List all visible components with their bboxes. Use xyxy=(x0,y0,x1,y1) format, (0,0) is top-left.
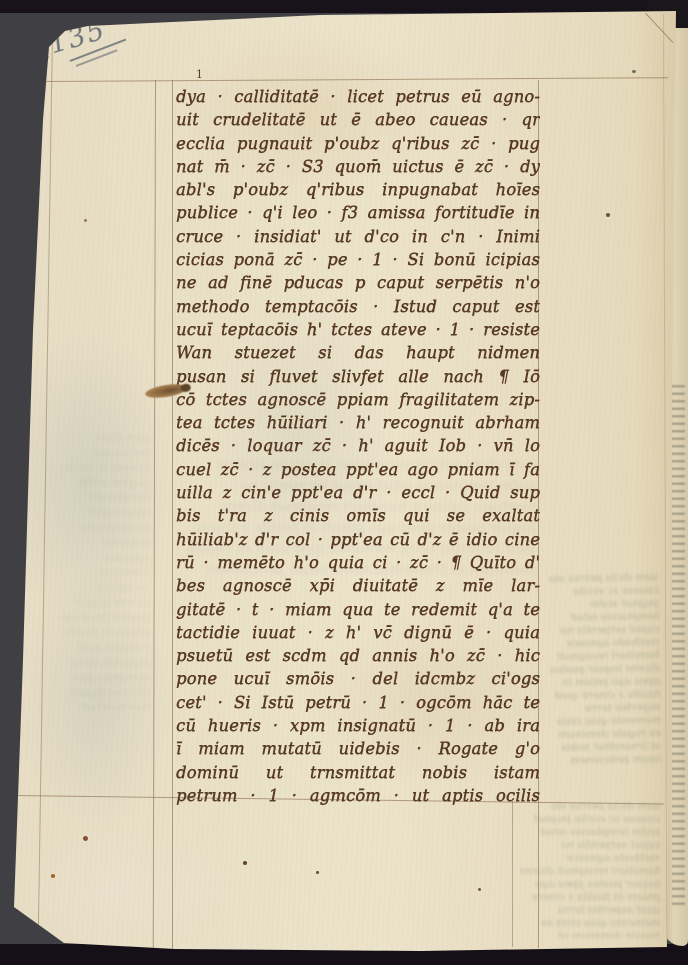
corner-crease xyxy=(645,13,673,43)
manuscript-line: cet' · Si Istū petrū · 1 · ogcōm hāc te xyxy=(176,691,540,714)
manuscript-line: pone ucuī smōis · del idcmbz ci'ogs xyxy=(176,667,540,690)
ruling-line-text-left-inner xyxy=(172,80,173,950)
manuscript-line: gitatē · t · miam qua te redemit q'a te xyxy=(176,598,540,621)
manuscript-line: abl's p'oubz q'ribus inpugnabat hoīes xyxy=(176,178,540,201)
manuscript-line: uilla z cin'e ppt'ea d'r · eccl · Quid s… xyxy=(176,481,540,504)
manuscript-line: cū hueris · xpm insignatū · 1 · ab ira xyxy=(176,714,540,737)
parchment-speck xyxy=(51,874,55,878)
parchment-speck xyxy=(83,836,88,841)
manuscript-line: bes agnoscē xp̄i diuitatē z mīe lar- xyxy=(176,574,540,597)
manuscript-line: ī miam mutatū uidebis · Rogate g'o xyxy=(176,737,540,760)
manuscript-line: cruce · insidiat' ut d'co in c'n · Inimi xyxy=(176,225,540,248)
manuscript-page: ∠ 135 1 uam dicta petrus oia caueas zc e… xyxy=(0,0,688,965)
showthrough-text-lower-margin: uam dicta petrus oia caueas zc ecclia pu… xyxy=(518,800,660,938)
parchment-speck xyxy=(632,70,636,73)
manuscript-line: Wan stuezet si das haupt nidmen xyxy=(176,341,540,364)
showthrough-text-left-margin: uam dicta petrus oia caueas zc ecclia pu… xyxy=(58,430,150,710)
quire-signature-mark: 1 xyxy=(196,68,203,81)
manuscript-line: dya · calliditatē · licet petrus eū agno… xyxy=(176,85,540,108)
ruling-line-text-left-outer xyxy=(153,80,156,950)
parchment-speck xyxy=(606,213,610,217)
manuscript-line: psuetū est scdm qd annis h'o zc̄ · hic xyxy=(176,644,540,667)
manuscript-line: nat m̄ · zc̄ · S3 quom̄ uictus ē zc̄ · d… xyxy=(176,155,540,178)
ruling-line-text-right-inner xyxy=(512,801,513,947)
parchment-speck xyxy=(84,219,87,222)
manuscript-line: ucuī teptacōis h' tctes ateve · 1 · resi… xyxy=(176,318,540,341)
manuscript-line: publice · q'i leo · f3 amissa fortitudīe… xyxy=(176,201,540,224)
manuscript-line: dominū ut trnsmittat nobis istam xyxy=(176,761,540,784)
ruling-line-left-margin xyxy=(38,30,53,945)
manuscript-line: pusan si fluvet slivfet alle nach ¶ Iō xyxy=(176,365,540,388)
manuscript-line: tea tctes hūiliari · h' recognuit abrham xyxy=(176,411,540,434)
ruling-line-right-margin xyxy=(663,14,667,946)
next-folio-text-marks xyxy=(672,380,685,910)
manuscript-line: ecclia pugnauit p'oubz q'ribus zc̄ · pug xyxy=(176,132,540,155)
book-cover-edge-top xyxy=(0,0,688,13)
manuscript-line: cō tctes agnoscē ppiam fragilitatem zip- xyxy=(176,388,540,411)
manuscript-line: tactidie iuuat · z h' vc̄ dignū ē · quia xyxy=(176,621,540,644)
manuscript-line: uit crudelitatē ut ē abeo caueas · qr xyxy=(176,108,540,131)
ruling-line-top xyxy=(46,77,668,82)
manuscript-line: hūiliab'z d'r col · ppt'ea cū d'z ē idio… xyxy=(176,528,540,551)
folio-number-pencil: 135 xyxy=(46,14,110,60)
manuscript-line: dicēs · loquar zc̄ · h' aguit Iob · vn̄ … xyxy=(176,434,540,457)
parchment-speck xyxy=(243,861,247,865)
manuscript-line: methodo temptacōis · Istud caput est xyxy=(176,295,540,318)
parchment-speck xyxy=(478,888,481,891)
parchment-speck xyxy=(316,871,319,874)
manuscript-line: cuel zc̄ · z postea ppt'ea ago pniam ī f… xyxy=(176,458,540,481)
manuscript-line: petrum · 1 · agmcōm · ut aptis ocilis xyxy=(176,784,540,807)
manuscript-line: rū · memēto h'o quia ci · zc̄ · ¶ Quīto … xyxy=(176,551,540,574)
folio-pencil-mark: ∠ xyxy=(37,45,53,65)
manuscript-line: ne ad finē pducas p caput serpētis n'o xyxy=(176,271,540,294)
manuscript-photo: ∠ 135 1 uam dicta petrus oia caueas zc e… xyxy=(0,0,688,965)
manuscript-text-block: dya · calliditatē · licet petrus eū agno… xyxy=(176,85,540,811)
showthrough-text-right-margin: uam dicta petrus oia caueas zc ecclia pu… xyxy=(542,571,661,769)
manuscript-line: bis t'ra z cinis omīs qui se exaltat xyxy=(176,504,540,527)
manuscript-line: cicias ponā zc̄ · pe · 1 · Si bonū icipi… xyxy=(176,248,540,271)
